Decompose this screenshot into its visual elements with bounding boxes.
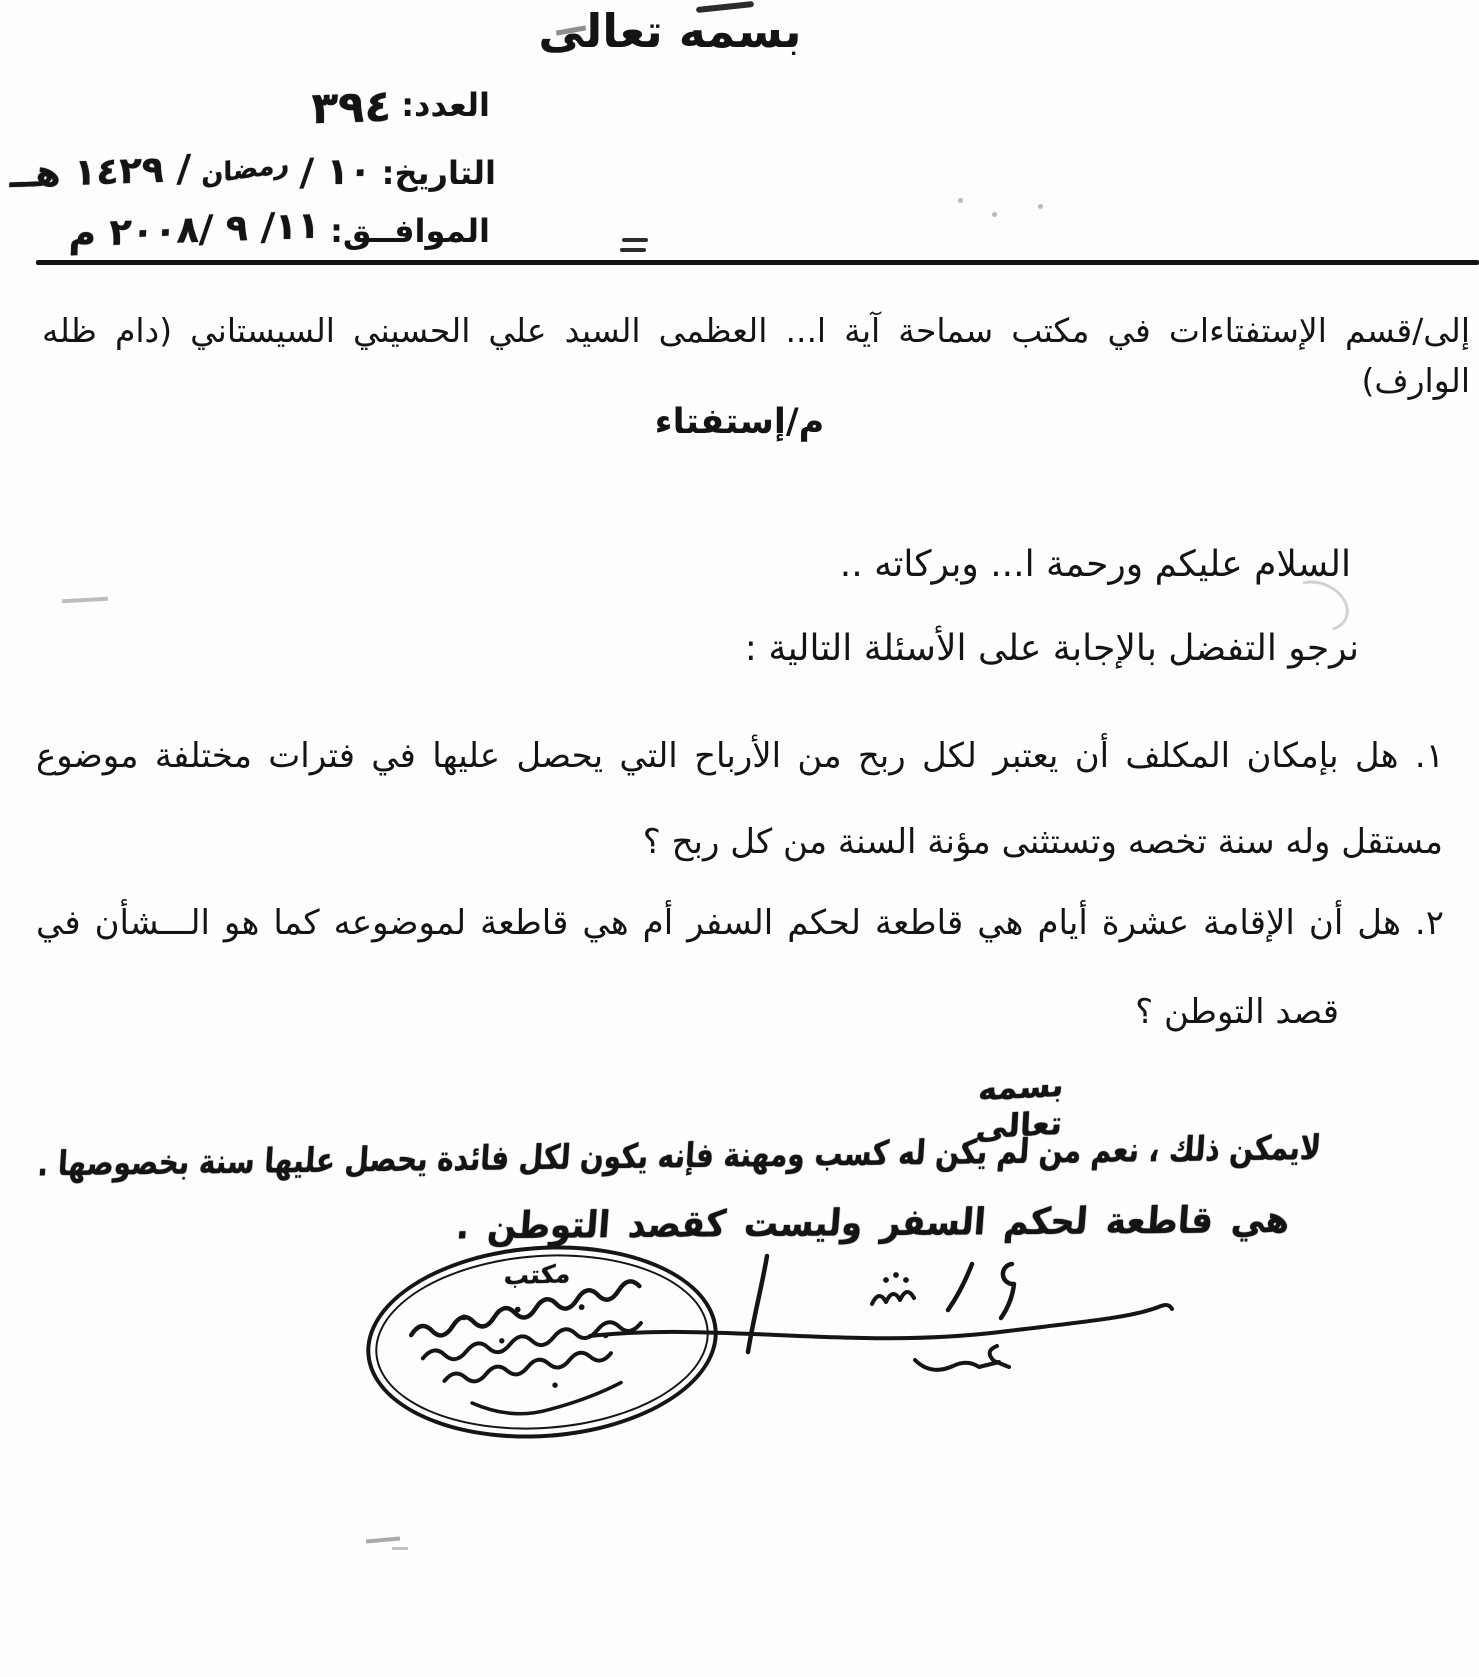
scan-mark-equals-bottom <box>620 248 646 252</box>
scan-mark-bottom-dash <box>366 1537 400 1544</box>
question-2-line-2: قصد التوطن ؟ <box>1135 992 1339 1032</box>
scanned-letter-page: بسمه تعالى العدد: ٣٩٤ التاريخ: ١٠ / رمضا… <box>0 0 1479 1677</box>
basmala-header: بسمه تعالى <box>470 4 870 58</box>
scan-mark-equals-top <box>622 238 648 242</box>
question-1-line-1: ١. هل بإمكان المكلف أن يعتبر لكل ربح من … <box>36 736 1444 776</box>
number-value-handwritten: ٣٩٤ <box>310 81 392 135</box>
signature-flourish <box>520 1250 1180 1400</box>
scan-mark-bottom-dash-2 <box>392 1547 408 1550</box>
hijri-date-line: التاريخ: ١٠ / رمضان / ١٤٢٩ هــ <box>12 150 496 193</box>
gregorian-date-label: الموافــق: <box>330 212 490 250</box>
hijri-day-handwritten: ١٠ / <box>299 149 372 195</box>
scan-mark-left-dash <box>62 597 108 603</box>
gregorian-date-line: الموافــق: ١١/ ٩ /٢٠٠٨ م <box>12 208 490 251</box>
hijri-year-handwritten: / ١٤٢٩ هــ <box>10 147 192 196</box>
subject-line: م/إستفتاء <box>0 402 1479 442</box>
scan-dot-1 <box>958 198 963 203</box>
scan-dot-3 <box>1038 204 1043 209</box>
hijri-month-handwritten: رمضان <box>202 149 290 192</box>
letter-number-line: العدد: ٣٩٤ <box>12 82 490 133</box>
question-2-line-1: ٢. هل أن الإقامة عشرة أيام هي قاطعة لحكم… <box>36 903 1444 943</box>
scan-dot-2 <box>992 212 997 217</box>
answer-line-1-handwritten: لايمكن ذلك ، نعم من لم يكن له كسب ومهنة … <box>37 1128 1323 1184</box>
gregorian-date-handwritten: ١١/ ٩ /٢٠٠٨ م <box>68 204 320 256</box>
hijri-date-label: التاريخ: <box>382 154 496 192</box>
divider-rule <box>36 260 1479 265</box>
salutation-line: السلام عليكم ورحمة ا... وبركاته .. <box>840 544 1351 585</box>
answer-line-2-handwritten: هي قاطعة لحكم السفر وليست كقصد التوطن . <box>454 1198 1290 1247</box>
request-line: نرجو التفضل بالإجابة على الأسئلة التالية… <box>745 628 1359 669</box>
addressee-line: إلى/قسم الإستفتاءات في مكتب سماحة آية ا.… <box>42 306 1470 405</box>
question-1-line-2: مستقل وله سنة تخصه وتستثنى مؤنة السنة من… <box>643 822 1443 862</box>
number-label: العدد: <box>401 86 490 124</box>
